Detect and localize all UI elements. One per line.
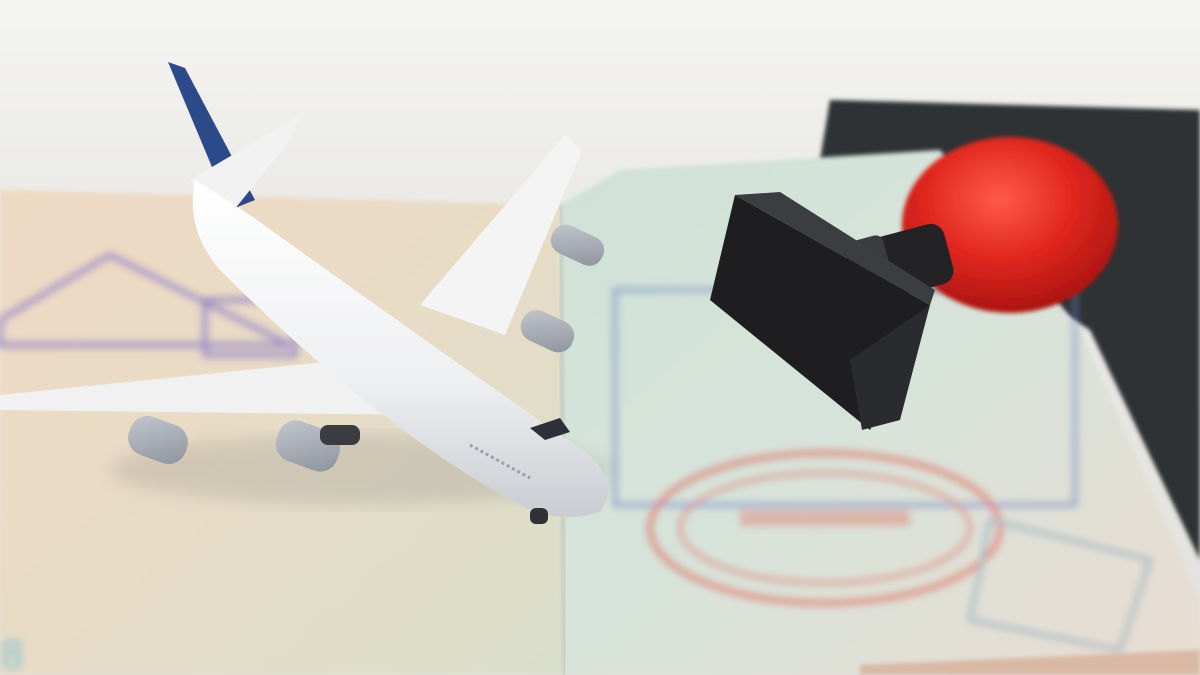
photo-scene: 8 bbox=[0, 0, 1200, 675]
svg-text:8: 8 bbox=[0, 633, 24, 675]
photo-illustration: 8 bbox=[0, 0, 1200, 675]
